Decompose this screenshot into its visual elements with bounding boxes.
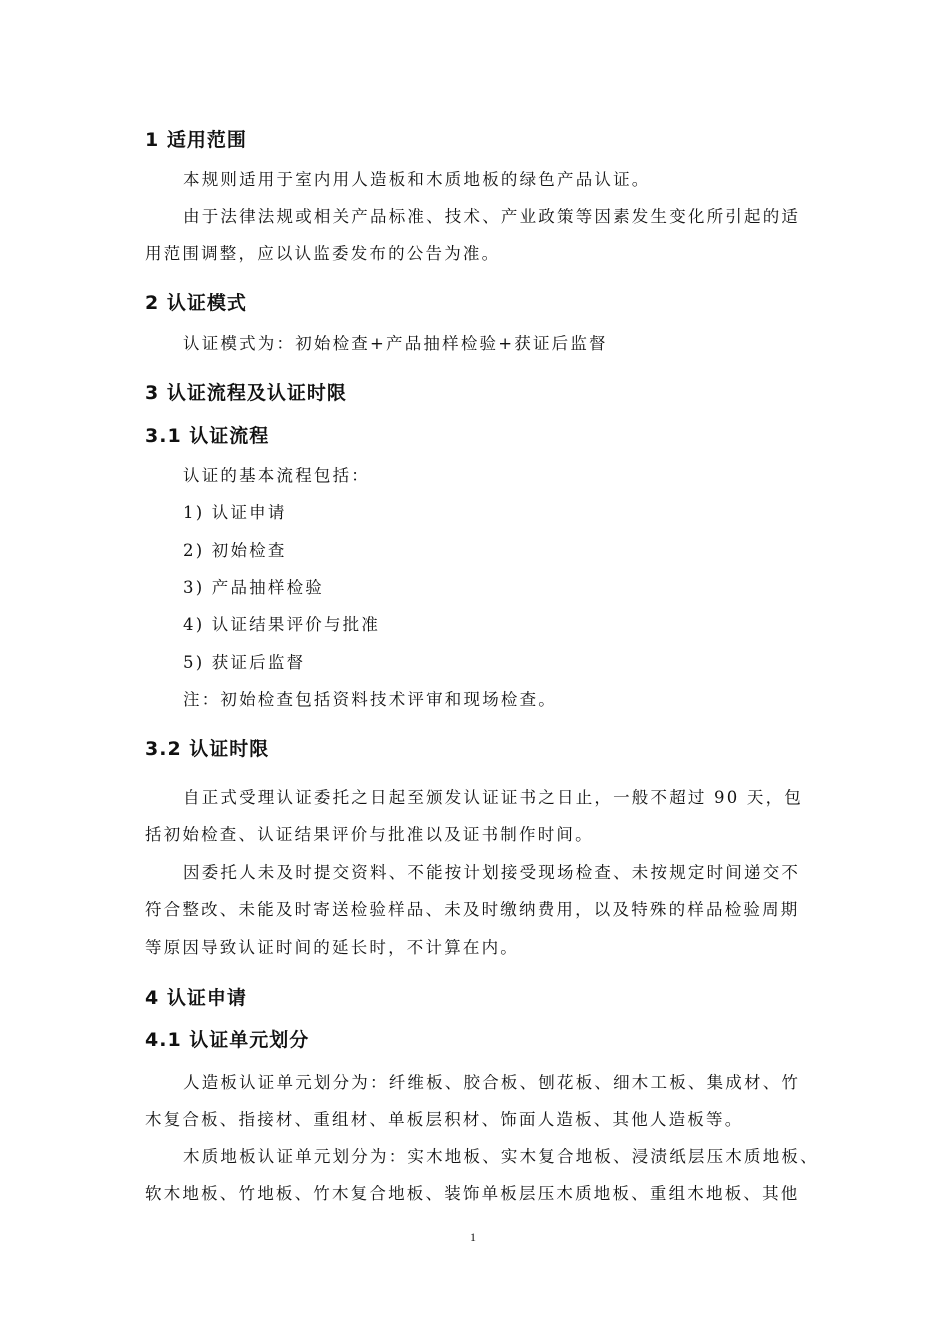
process-list-item: 1) 认证申请 [183,501,287,525]
section-4-1-paragraph-2-line-1: 木质地板认证单元划分为：实木地板、实木复合地板、浸渍纸层压木质地板、 [183,1145,819,1169]
section-3-2-paragraph-2-line-3: 等原因导致认证时间的延长时，不计算在内。 [145,936,519,960]
section-4-1-paragraph-2-line-2: 软木地板、竹地板、竹木复合地板、装饰单板层压木质地板、重组木地板、其他 [145,1182,800,1206]
page-number: 1 [470,1230,476,1245]
section-3-2-paragraph-1-line-1: 自正式受理认证委托之日起至颁发认证证书之日止，一般不超过 90 天，包 [183,786,803,810]
section-2-paragraph-1: 认证模式为：初始检查+产品抽样检验+获证后监督 [183,332,608,356]
section-3-2-paragraph-2-line-2: 符合整改、未能及时寄送检验样品、未及时缴纳费用，以及特殊的样品检验周期 [145,898,800,922]
section-1-paragraph-2-line-1: 由于法律法规或相关产品标准、技术、产业政策等因素发生变化所引起的适 [183,205,800,229]
section-2-heading: 2 认证模式 [145,291,247,315]
section-1-paragraph-2-line-2: 用范围调整，应以认监委发布的公告为准。 [145,242,500,266]
process-list-item: 2) 初始检查 [183,539,287,563]
section-3-1-intro: 认证的基本流程包括： [183,464,370,488]
section-1-heading: 1 适用范围 [145,128,247,152]
section-4-1-paragraph-1-line-2: 木复合板、指接材、重组材、单板层积材、饰面人造板、其他人造板等。 [145,1108,743,1132]
process-list-item: 3) 产品抽样检验 [183,576,324,600]
section-4-1-heading: 4.1 认证单元划分 [145,1028,309,1052]
process-list-item: 5) 获证后监督 [183,651,305,675]
section-3-2-heading: 3.2 认证时限 [145,737,269,761]
section-4-1-paragraph-1-line-1: 人造板认证单元划分为：纤维板、胶合板、刨花板、细木工板、集成材、竹 [183,1071,800,1095]
section-3-1-note: 注：初始检查包括资料技术评审和现场检查。 [183,688,557,712]
section-3-2-paragraph-1-line-2: 括初始检查、认证结果评价与批准以及证书制作时间。 [145,823,594,847]
section-4-heading: 4 认证申请 [145,986,247,1010]
section-1-paragraph-1: 本规则适用于室内用人造板和木质地板的绿色产品认证。 [183,168,651,192]
section-3-2-paragraph-2-line-1: 因委托人未及时提交资料、不能按计划接受现场检查、未按规定时间递交不 [183,861,800,885]
process-list-item: 4) 认证结果评价与批准 [183,613,380,637]
section-3-heading: 3 认证流程及认证时限 [145,381,347,405]
section-3-1-heading: 3.1 认证流程 [145,424,269,448]
